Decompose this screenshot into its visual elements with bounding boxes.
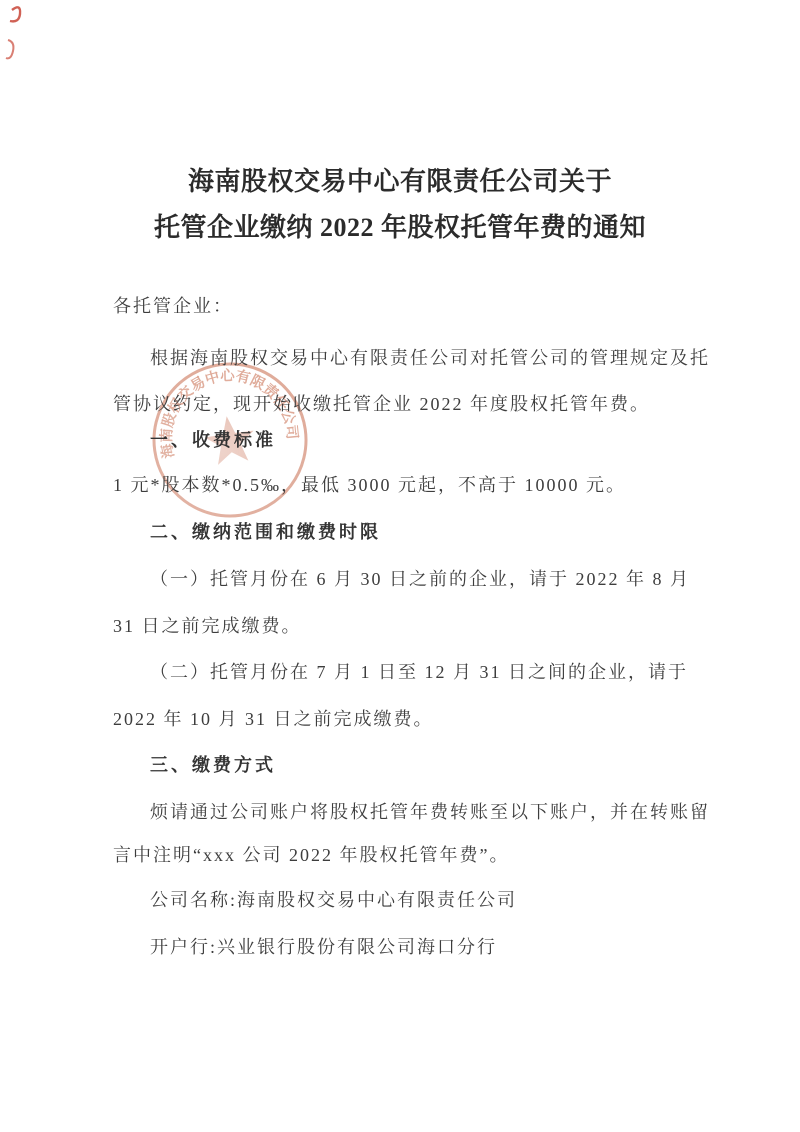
account-company-name: 公司名称:海南股权交易中心有限责任公司 bbox=[150, 886, 517, 912]
fee-standard-line: 1 元*股本数*0.5‰，最低 3000 元起，不高于 10000 元。 bbox=[113, 471, 626, 497]
section-1-heading: 一、收费标准 bbox=[150, 426, 276, 452]
scope-item-1-line-2: 31 日之前完成缴费。 bbox=[113, 612, 302, 638]
document-title-line1: 海南股权交易中心有限责任公司关于 bbox=[0, 161, 800, 198]
ink-mark-stroke bbox=[10, 7, 20, 21]
section-2-heading: 二、缴纳范围和缴费时限 bbox=[150, 518, 381, 544]
document-title-line2: 托管企业缴纳 2022 年股权托管年费的通知 bbox=[0, 207, 800, 244]
ink-marks bbox=[2, 2, 50, 66]
section-3-heading: 三、缴费方式 bbox=[150, 751, 276, 777]
payment-method-line-2: 言中注明“xxx 公司 2022 年股权托管年费”。 bbox=[113, 841, 509, 867]
scanned-notice-page: 海南股权交易中心有限责任公司关于 托管企业缴纳 2022 年股权托管年费的通知 … bbox=[0, 0, 800, 1132]
payment-method-line-1: 烦请通过公司账户将股权托管年费转账至以下账户，并在转账留 bbox=[150, 798, 710, 824]
intro-line-2: 管协议约定，现开始收缴托管企业 2022 年度股权托管年费。 bbox=[113, 390, 650, 416]
scope-item-2-line-1: （二）托管月份在 7 月 1 日至 12 月 31 日之间的企业，请于 bbox=[150, 658, 688, 684]
intro-line-1: 根据海南股权交易中心有限责任公司对托管公司的管理规定及托 bbox=[150, 344, 710, 370]
scope-item-1-line-1: （一）托管月份在 6 月 30 日之前的企业，请于 2022 年 8 月 bbox=[150, 565, 690, 591]
account-bank-name: 开户行:兴业银行股份有限公司海口分行 bbox=[150, 933, 497, 959]
ink-mark-stroke bbox=[6, 40, 13, 58]
scope-item-2-line-2: 2022 年 10 月 31 日之前完成缴费。 bbox=[113, 705, 434, 731]
salutation: 各托管企业： bbox=[113, 292, 233, 318]
